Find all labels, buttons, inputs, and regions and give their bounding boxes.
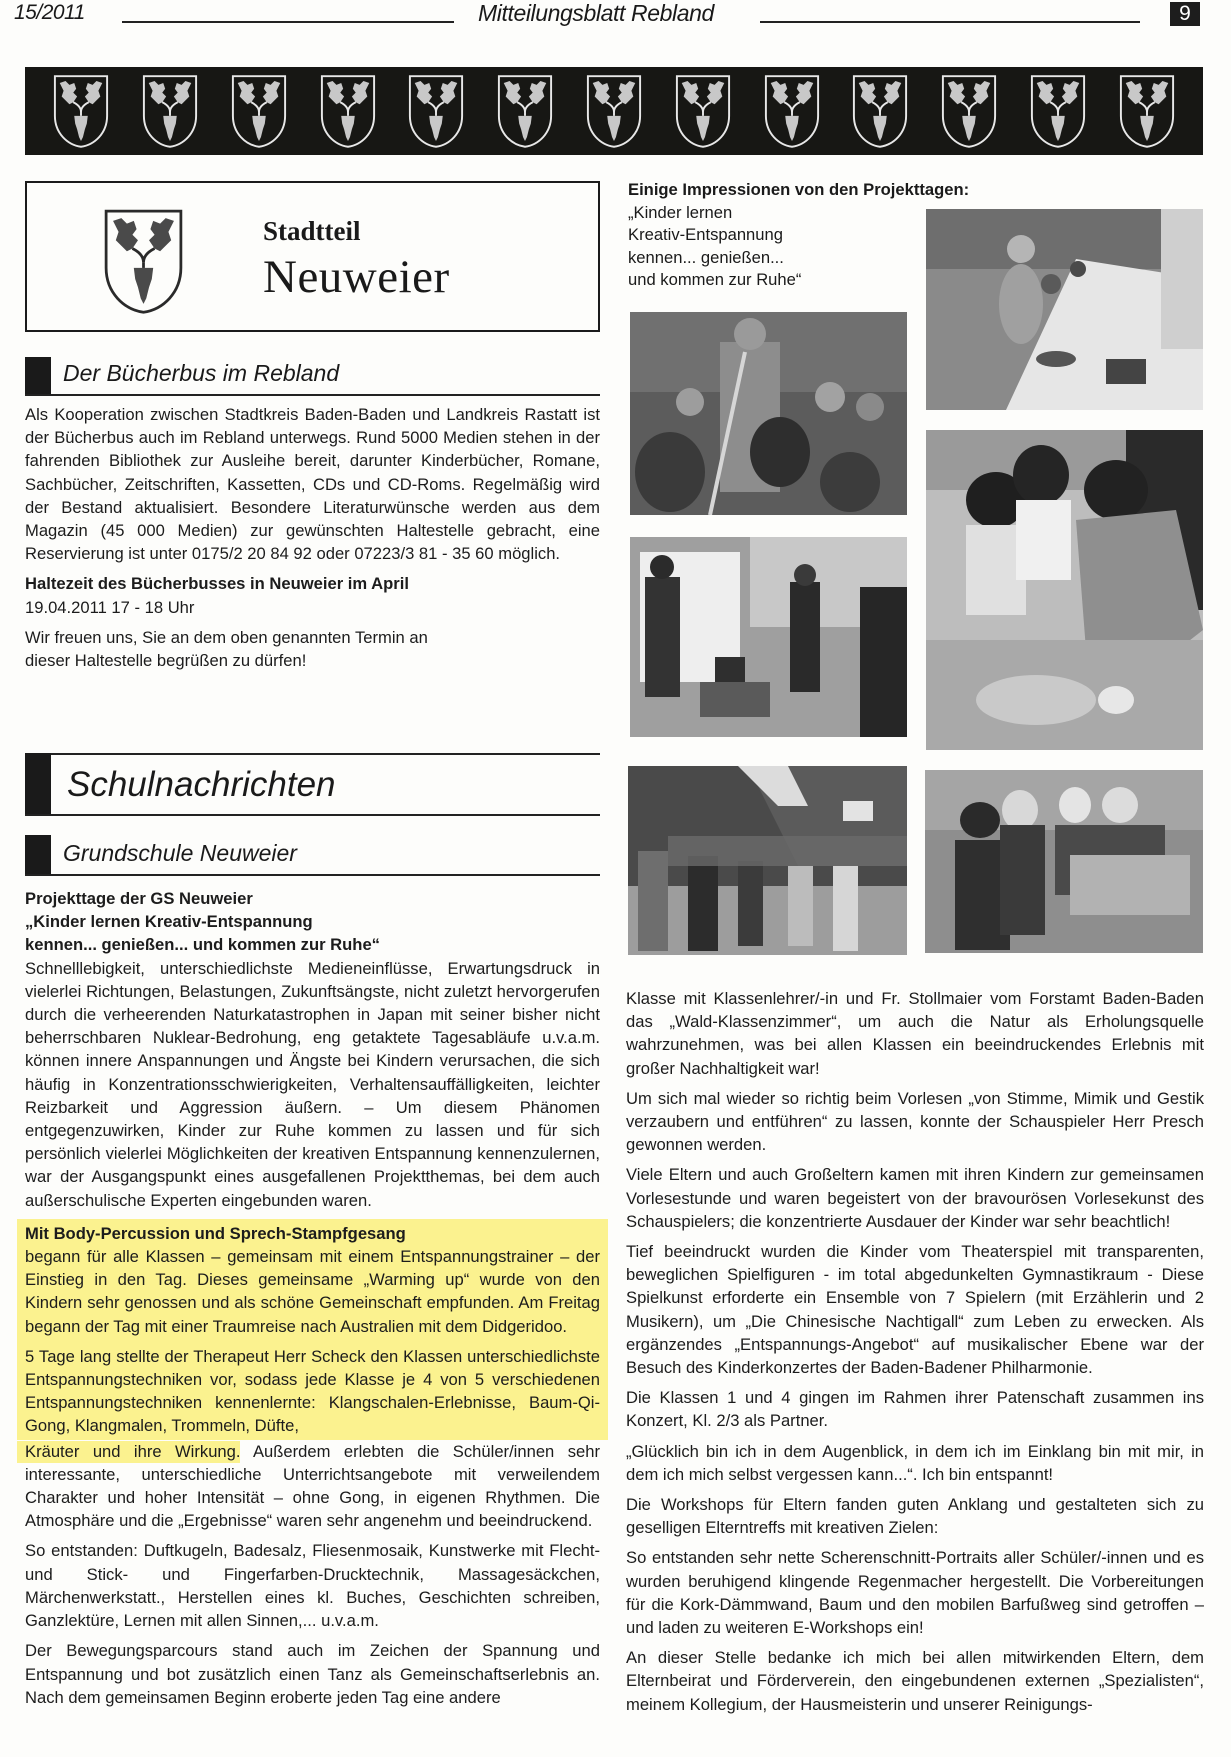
impressions-quote-line: und kommen zur Ruhe“ bbox=[628, 269, 969, 292]
crest-band bbox=[25, 67, 1203, 155]
coat-of-arms-icon bbox=[319, 73, 377, 149]
subsection-heading-grundschule: Grundschule Neuweier bbox=[25, 834, 600, 876]
header-rule-left bbox=[122, 21, 454, 23]
article-paragraph: Der Bewegungsparcours stand auch im Zeic… bbox=[25, 1639, 600, 1709]
coat-of-arms-icon bbox=[141, 73, 199, 149]
highlight-paragraph: 5 Tage lang stellte der Therapeut Herr S… bbox=[25, 1345, 600, 1438]
district-name: Neuweier bbox=[263, 250, 450, 304]
impressions-quote-line: kennen... genießen... bbox=[628, 247, 969, 270]
article-paragraph: So entstanden sehr nette Scherenschnitt-… bbox=[626, 1546, 1204, 1639]
photo-craft-table bbox=[926, 209, 1203, 410]
buecherbus-closing: Wir freuen uns, Sie an dem oben genannte… bbox=[25, 626, 465, 672]
coat-of-arms-icon bbox=[763, 73, 821, 149]
coat-of-arms-icon bbox=[674, 73, 732, 149]
photo-schoolyard-gym bbox=[628, 766, 907, 955]
stop-heading: Haltezeit des Bücherbusses in Neuweier i… bbox=[25, 572, 600, 595]
photo-children-painting bbox=[926, 430, 1203, 750]
header-rule-right bbox=[760, 21, 1140, 23]
article-intro: Schnelllebigkeit, unterschiedlichste Med… bbox=[25, 957, 600, 1212]
coat-of-arms-icon bbox=[407, 73, 465, 149]
heading-marker bbox=[25, 753, 51, 814]
article-paragraph: Viele Eltern und auch Großeltern kamen m… bbox=[626, 1163, 1204, 1233]
heading-marker bbox=[25, 835, 51, 874]
article-title-line: Projekttage der GS Neuweier bbox=[25, 887, 600, 910]
highlighted-passage: Mit Body-Percussion und Sprech-Stampfges… bbox=[17, 1219, 608, 1440]
article-paragraph: Die Klassen 1 und 4 gingen im Rahmen ihr… bbox=[626, 1386, 1204, 1432]
coat-of-arms-icon bbox=[100, 207, 187, 315]
highlight-paragraph: begann für alle Klassen – gemeinsam mit … bbox=[25, 1245, 600, 1338]
stop-time: 19.04.2011 17 - 18 Uhr bbox=[25, 596, 600, 619]
impressions-quote-line: „Kinder lernen bbox=[628, 202, 969, 225]
highlight-heading: Mit Body-Percussion und Sprech-Stampfges… bbox=[25, 1222, 600, 1245]
right-column-article: Klasse mit Klassenlehrer/-in und Fr. Sto… bbox=[626, 987, 1204, 1723]
projekttage-article: Projekttage der GS Neuweier „Kinder lern… bbox=[25, 887, 600, 1716]
buecherbus-body: Als Kooperation zwischen Stadtkreis Bade… bbox=[25, 403, 600, 565]
article-paragraph: An dieser Stelle bedanke ich mich bei al… bbox=[626, 1646, 1204, 1716]
coat-of-arms-icon bbox=[940, 73, 998, 149]
impressions-caption: Einige Impressionen von den Projekttagen… bbox=[628, 179, 969, 292]
article-paragraph: Klasse mit Klassenlehrer/-in und Fr. Sto… bbox=[626, 987, 1204, 1080]
coat-of-arms-icon bbox=[52, 73, 110, 149]
impressions-heading: Einige Impressionen von den Projekttagen… bbox=[628, 179, 969, 202]
publication-title: Mitteilungsblatt Rebland bbox=[478, 0, 714, 27]
photo-projector-room bbox=[630, 537, 907, 737]
page-header: 15/2011 Mitteilungsblatt Rebland 9 bbox=[0, 0, 1231, 30]
district-label: Stadtteil bbox=[263, 216, 361, 247]
highlight-tail: Kräuter und ihre Wirkung. bbox=[17, 1441, 240, 1463]
coat-of-arms-icon bbox=[851, 73, 909, 149]
photo-forest-classroom bbox=[925, 770, 1203, 953]
heading-text: Grundschule Neuweier bbox=[63, 840, 297, 867]
heading-marker bbox=[25, 357, 51, 394]
buecherbus-article: Als Kooperation zwischen Stadtkreis Bade… bbox=[25, 403, 600, 679]
section-heading-buecherbus: Der Bücherbus im Rebland bbox=[25, 356, 600, 396]
article-paragraph: Die Workshops für Eltern fanden guten An… bbox=[626, 1493, 1204, 1539]
heading-text: Der Bücherbus im Rebland bbox=[63, 360, 339, 387]
impressions-quote-line: Kreativ-Entspannung bbox=[628, 224, 969, 247]
article-paragraph: „Glücklich bin ich in dem Augenblick, in… bbox=[626, 1440, 1204, 1486]
article-paragraph: So entstanden: Duftkugeln, Badesalz, Fli… bbox=[25, 1539, 600, 1632]
issue-number: 15/2011 bbox=[14, 1, 85, 25]
page-number: 9 bbox=[1170, 2, 1200, 26]
article-paragraph: Tief beeindruckt wurden die Kinder vom T… bbox=[626, 1240, 1204, 1379]
article-title-line: kennen... genießen... und kommen zur Ruh… bbox=[25, 933, 600, 956]
coat-of-arms-icon bbox=[496, 73, 554, 149]
section-heading-schulnachrichten: Schulnachrichten bbox=[25, 753, 600, 816]
article-title-line: „Kinder lernen Kreativ-Entspannung bbox=[25, 910, 600, 933]
district-title-box: Stadtteil Neuweier bbox=[25, 181, 600, 332]
heading-text: Schulnachrichten bbox=[67, 765, 336, 805]
photo-didgeridoo-session bbox=[630, 312, 907, 515]
coat-of-arms-icon bbox=[1118, 73, 1176, 149]
article-paragraph: Um sich mal wieder so richtig beim Vorle… bbox=[626, 1087, 1204, 1157]
coat-of-arms-icon bbox=[230, 73, 288, 149]
coat-of-arms-icon bbox=[585, 73, 643, 149]
coat-of-arms-icon bbox=[1029, 73, 1087, 149]
